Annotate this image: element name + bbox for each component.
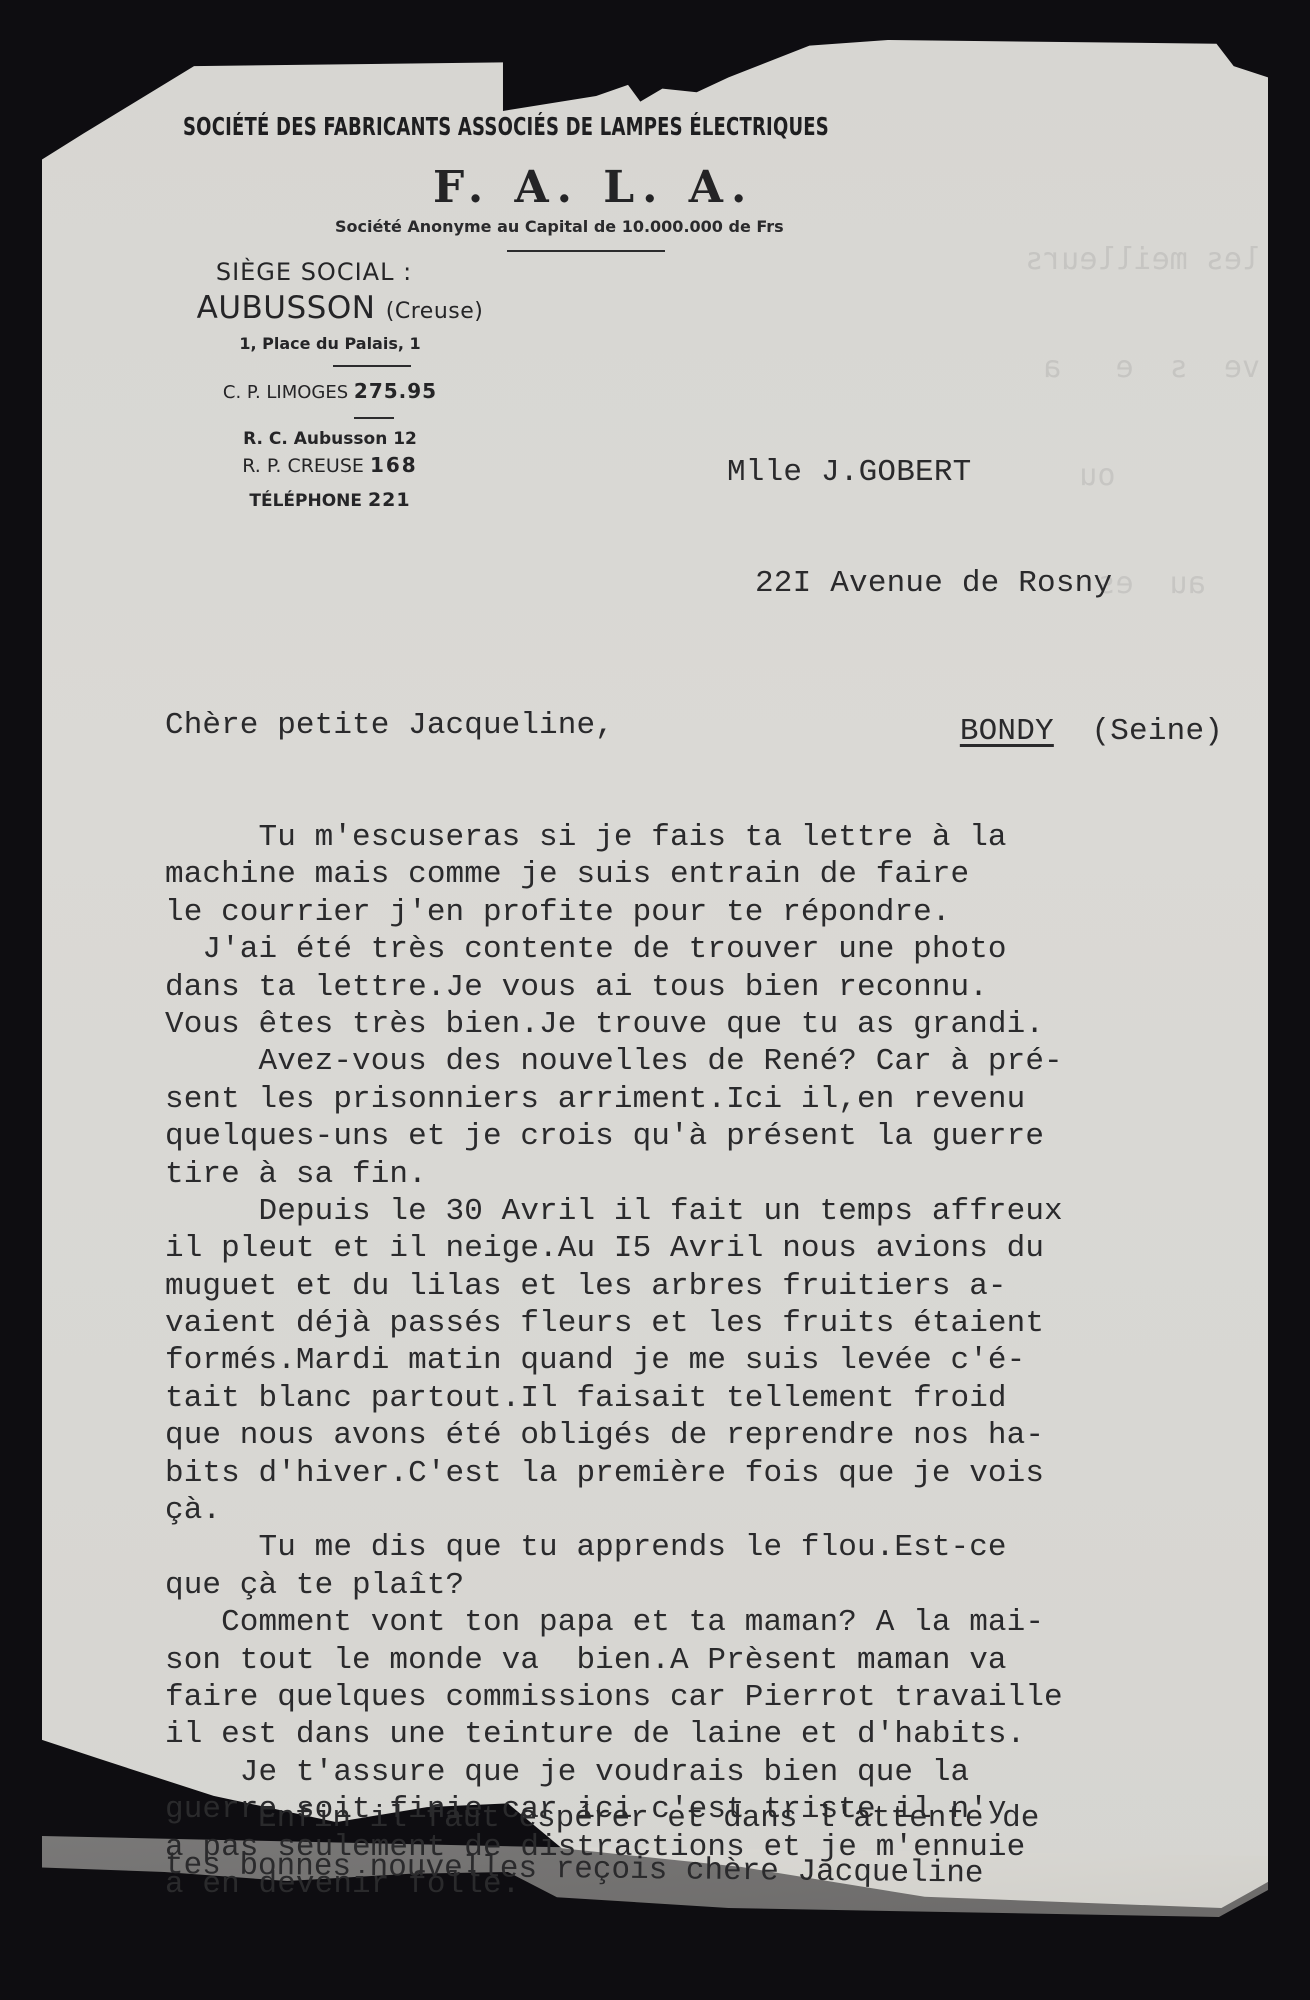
letter-line: Vous êtes très bien.Je trouve que tu as … bbox=[165, 1006, 1265, 1043]
letter-line: faire quelques commissions car Pierrot t… bbox=[165, 1679, 1265, 1716]
cp-number: 275.95 bbox=[354, 379, 437, 403]
siege-label: SIÈGE SOCIAL : bbox=[98, 258, 530, 286]
letter-line: çà. bbox=[165, 1492, 1265, 1529]
department: (Creuse) bbox=[386, 299, 484, 324]
rp-register: R. P. CREUSE 168 bbox=[130, 453, 530, 477]
brand-logo-text: F. A. L. A. bbox=[433, 162, 754, 213]
letter-line: sent les prisonniers arriment.Ici il,en … bbox=[165, 1081, 1265, 1118]
city-name: AUBUSSON bbox=[197, 290, 376, 326]
divider bbox=[333, 365, 411, 367]
letter-line: formés.Mardi matin quand je me suis levé… bbox=[165, 1342, 1265, 1379]
letter-line: Avez-vous des nouvelles de René? Car à p… bbox=[165, 1043, 1265, 1080]
company-info-block: SIÈGE SOCIAL : AUBUSSON (Creuse) 1, Plac… bbox=[160, 258, 530, 511]
letter-line: il est dans une teinture de laine et d'h… bbox=[165, 1716, 1265, 1753]
divider bbox=[354, 417, 394, 419]
letter-line: Je t'assure que je voudrais bien que la bbox=[165, 1754, 1265, 1791]
letter-line: le courrier j'en profite pour te répondr… bbox=[165, 894, 1265, 931]
letter-line: dans ta lettre.Je vous ai tous bien reco… bbox=[165, 969, 1265, 1006]
society-name: SOCIÉTÉ DES FABRICANTS ASSOCIÉS DE LAMPE… bbox=[183, 112, 829, 141]
letter-line: muguet et du lilas et les arbres fruitie… bbox=[165, 1268, 1265, 1305]
letter-line: bits d'hiver.C'est la première fois que … bbox=[165, 1455, 1265, 1492]
letter-line: J'ai été très contente de trouver une ph… bbox=[165, 931, 1265, 968]
letter-line: vaient déjà passés fleurs et les fruits … bbox=[165, 1305, 1265, 1342]
letter-line: tire à sa fin. bbox=[165, 1156, 1265, 1193]
recipient-street: 22I Avenue de Rosny bbox=[755, 565, 1223, 602]
letter-line: machine mais comme je suis entrain de fa… bbox=[165, 856, 1265, 893]
letter-line: il pleut et il neige.Au I5 Avril nous av… bbox=[165, 1230, 1265, 1267]
letter-line: que çà te plaît? bbox=[165, 1567, 1265, 1604]
letter-line: tait blanc partout.Il faisait tellement … bbox=[165, 1380, 1265, 1417]
telephone: TÉLÉPHONE 221 bbox=[130, 489, 530, 511]
divider bbox=[507, 250, 665, 252]
scanned-letter: les meilleurs ve s e a ou au es SOCIÉTÉ … bbox=[0, 0, 1310, 2000]
postal-account: C. P. LIMOGES 275.95 bbox=[130, 379, 530, 403]
rp-number: 168 bbox=[370, 453, 418, 477]
letter-body: Chère petite Jacqueline, Tu m'escuseras … bbox=[165, 632, 1265, 1903]
trade-register: R. C. Aubusson 12 bbox=[130, 429, 530, 449]
letter-line: que nous avons été obligés de reprendre … bbox=[165, 1417, 1265, 1454]
letter-line: Tu m'escuseras si je fais ta lettre à la bbox=[165, 819, 1265, 856]
telephone-label: TÉLÉPHONE bbox=[249, 491, 362, 511]
letter-line: quelques-uns et je crois qu'à présent la… bbox=[165, 1118, 1265, 1155]
letter-closing: Enfin il faut espérer et dans l'attente … bbox=[165, 1800, 1265, 1884]
letter-line: Tu me dis que tu apprends le flou.Est-ce bbox=[165, 1529, 1265, 1566]
siege-city: AUBUSSON (Creuse) bbox=[150, 290, 530, 326]
rp-label: R. P. CREUSE bbox=[242, 455, 364, 477]
siege-address: 1, Place du Palais, 1 bbox=[130, 334, 530, 353]
letter-line: Depuis le 30 Avril il fait un temps affr… bbox=[165, 1193, 1265, 1230]
capital-line: Société Anonyme au Capital de 10.000.000… bbox=[335, 217, 784, 236]
telephone-number: 221 bbox=[368, 489, 411, 511]
closing-line: Enfin il faut espérer et dans l'attente … bbox=[165, 1800, 1265, 1837]
recipient-name: Mlle J.GOBERT bbox=[727, 454, 1223, 491]
letter-line: son tout le monde va bien.A Prèsent mama… bbox=[165, 1642, 1265, 1679]
cp-label: C. P. LIMOGES bbox=[223, 382, 348, 403]
greeting: Chère petite Jacqueline, bbox=[165, 707, 1265, 744]
letter-line: Comment vont ton papa et ta maman? A la … bbox=[165, 1604, 1265, 1641]
